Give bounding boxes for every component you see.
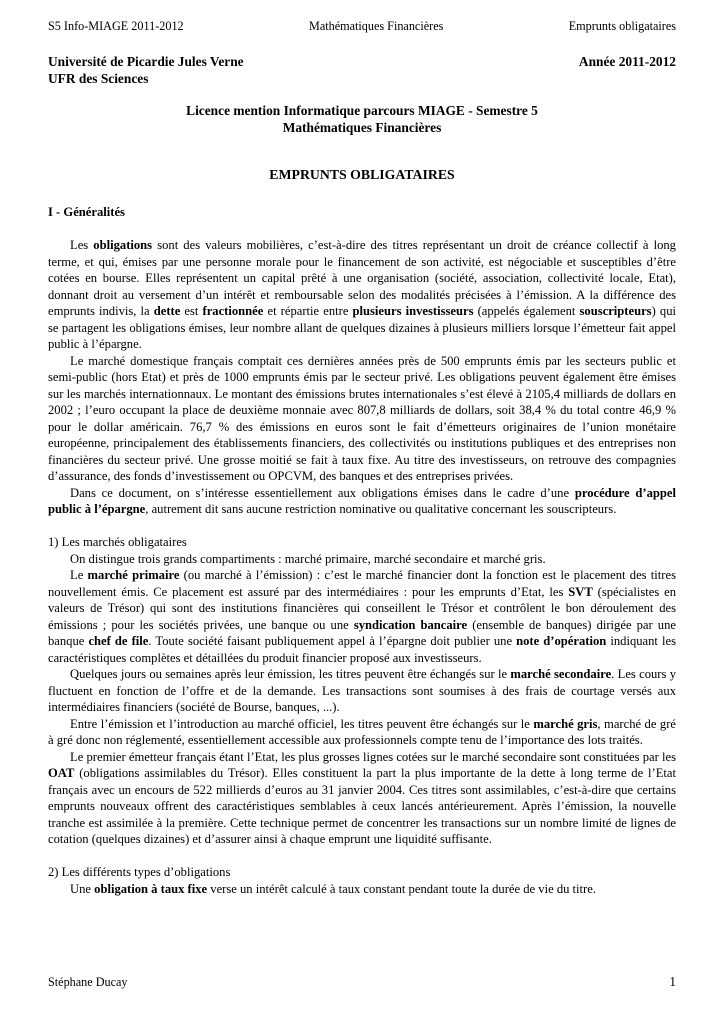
page-number: 1 (669, 974, 676, 990)
course-title-line2: Mathématiques Financières (48, 119, 676, 136)
course-title-line1: Licence mention Informatique parcours MI… (48, 102, 676, 119)
header-left: S5 Info-MIAGE 2011-2012 (48, 19, 184, 34)
title-block: Université de Picardie Jules Verne UFR d… (48, 53, 676, 87)
section-heading: I - Généralités (48, 204, 676, 221)
page-footer: Stéphane Ducay 1 (48, 974, 676, 990)
paragraph: Une obligation à taux fixe verse un inté… (48, 881, 676, 898)
page-header: S5 Info-MIAGE 2011-2012 Mathématiques Fi… (48, 0, 676, 34)
paragraph: Dans ce document, on s’intéresse essenti… (48, 485, 676, 518)
document-title: EMPRUNTS OBLIGATAIRES (48, 166, 676, 184)
paragraph: On distingue trois grands compartiments … (48, 551, 676, 568)
paragraph: Le marché domestique français comptait c… (48, 353, 676, 485)
university-name: Université de Picardie Jules Verne (48, 53, 244, 70)
paragraph: Quelques jours ou semaines après leur ém… (48, 666, 676, 716)
academic-year: Année 2011-2012 (579, 53, 676, 87)
header-right: Emprunts obligataires (569, 19, 676, 34)
paragraph: Les obligations sont des valeurs mobiliè… (48, 237, 676, 353)
author-name: Stéphane Ducay (48, 975, 128, 990)
paragraph: Entre l’émission et l’introduction au ma… (48, 716, 676, 749)
faculty-name: UFR des Sciences (48, 70, 244, 87)
paragraph: Le premier émetteur français étant l’Eta… (48, 749, 676, 848)
course-title: Licence mention Informatique parcours MI… (48, 102, 676, 136)
document-page: S5 Info-MIAGE 2011-2012 Mathématiques Fi… (0, 0, 724, 1024)
section-heading: 1) Les marchés obligataires (48, 534, 676, 551)
header-center: Mathématiques Financières (309, 19, 443, 34)
paragraph: Le marché primaire (ou marché à l’émissi… (48, 567, 676, 666)
document-body: I - GénéralitésLes obligations sont des … (48, 204, 676, 897)
section-heading: 2) Les différents types d’obligations (48, 864, 676, 881)
institution-block: Université de Picardie Jules Verne UFR d… (48, 53, 244, 87)
